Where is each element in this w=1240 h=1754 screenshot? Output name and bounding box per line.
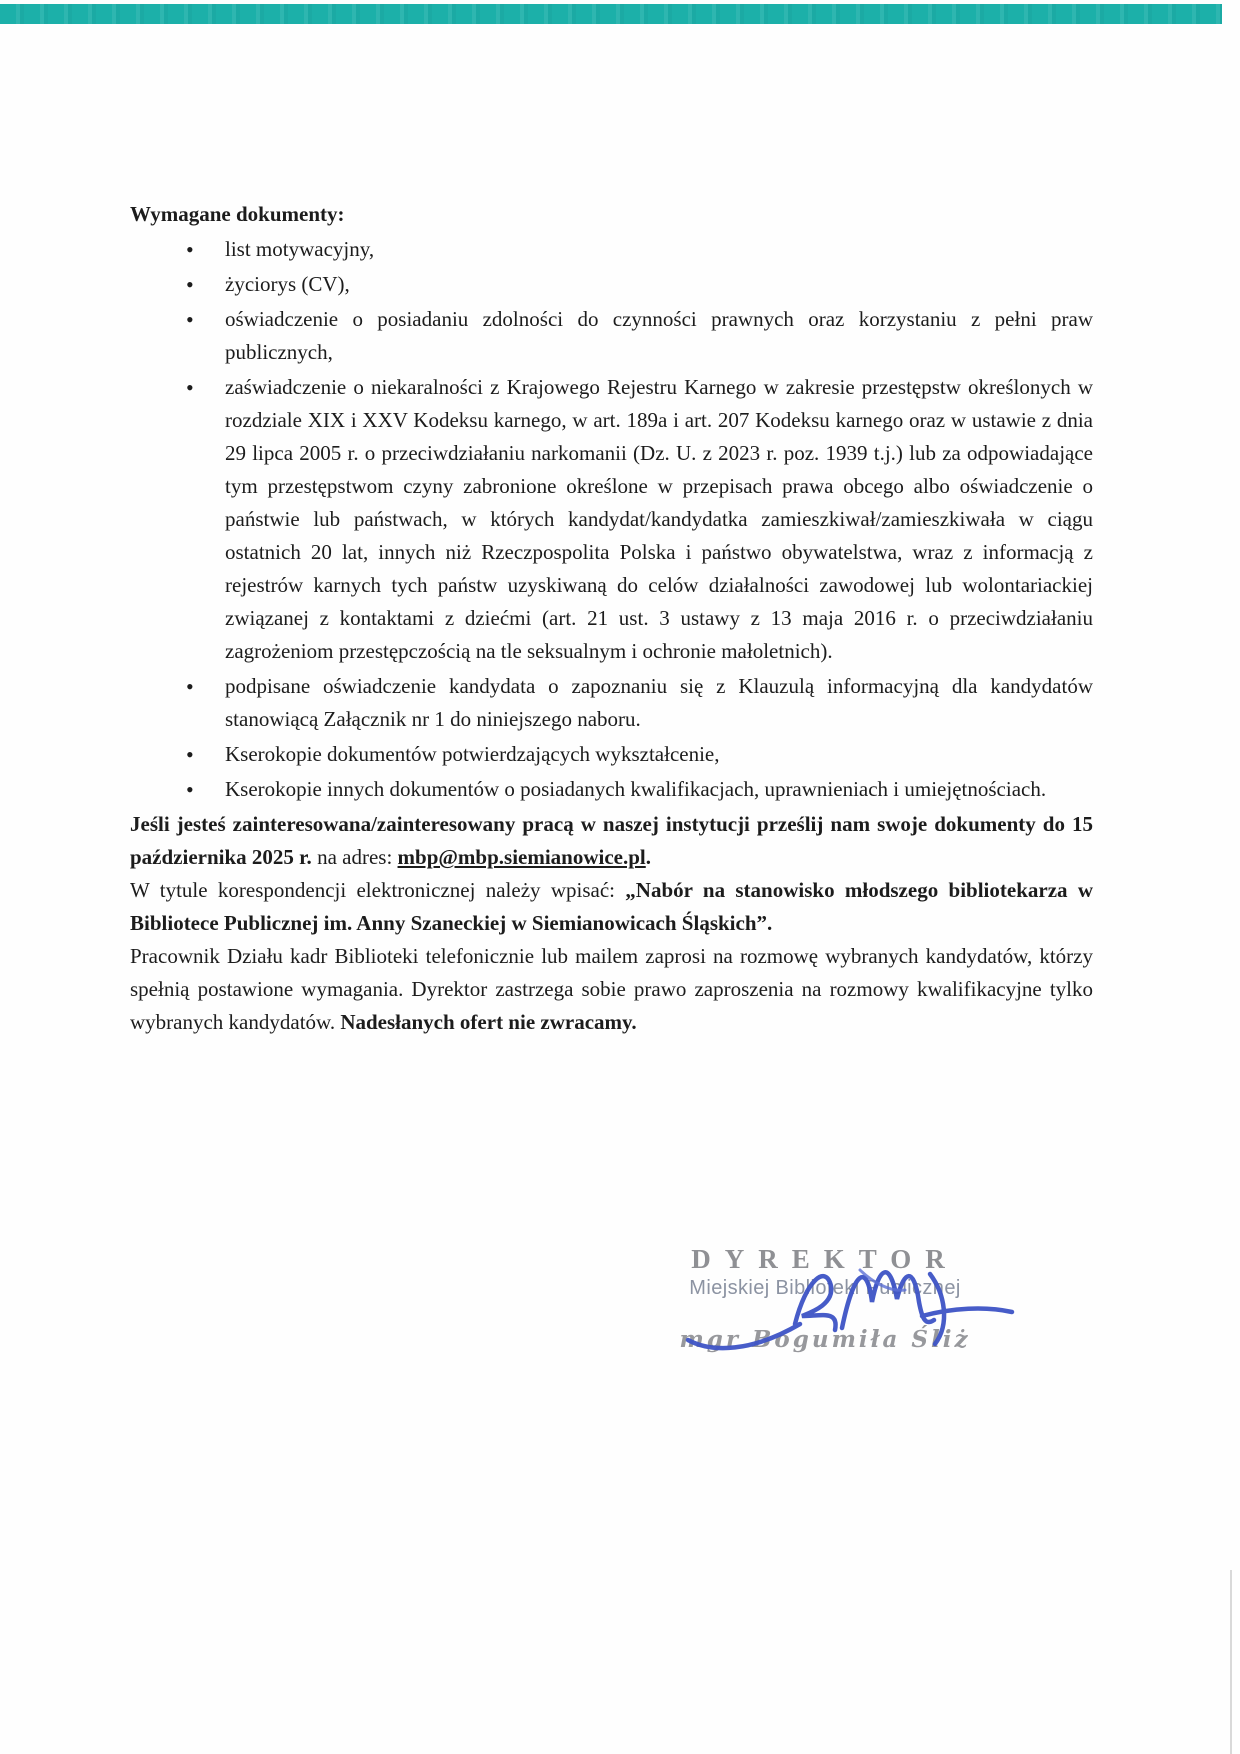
list-item: podpisane oświadczenie kandydata o zapoz… [130,670,1093,736]
list-item: list motywacyjny, [130,233,1093,266]
section-heading: Wymagane dokumenty: [130,198,1093,231]
email-address: mbp@mbp.siemianowice.pl [398,845,646,869]
closing-paragraphs: Jeśli jesteś zainteresowana/zainteresowa… [130,808,1093,1039]
list-item: Kserokopie innych dokumentów o posiadany… [130,773,1093,806]
apply-text-regular: na adres: [317,845,397,869]
document-body: Wymagane dokumenty: list motywacyjny, ży… [130,198,1093,1039]
contact-text-bold: Nadesłanych ofert nie zwracamy. [340,1010,636,1034]
list-item: życiorys (CV), [130,268,1093,301]
list-item: oświadczenie o posiadaniu zdolności do c… [130,303,1093,369]
subject-text-regular: W tytule korespondencji elektronicznej n… [130,878,625,902]
paragraph-application: Jeśli jesteś zainteresowana/zainteresowa… [130,808,1093,874]
paragraph-email-subject: W tytule korespondencji elektronicznej n… [130,874,1093,940]
scan-artifact-line [1230,1570,1232,1754]
list-item: Kserokopie dokumentów potwierdzających w… [130,738,1093,771]
list-item: zaświadczenie o niekaralności z Krajoweg… [130,371,1093,668]
scanned-document-page: Wymagane dokumenty: list motywacyjny, ży… [0,0,1240,1754]
required-documents-list: list motywacyjny, życiorys (CV), oświadc… [130,233,1093,806]
handwritten-signature-ink [560,1252,1030,1367]
paragraph-contact-info: Pracownik Działu kadr Biblioteki telefon… [130,940,1093,1039]
scan-top-teal-bar [0,4,1222,24]
apply-text-period: . [646,845,651,869]
